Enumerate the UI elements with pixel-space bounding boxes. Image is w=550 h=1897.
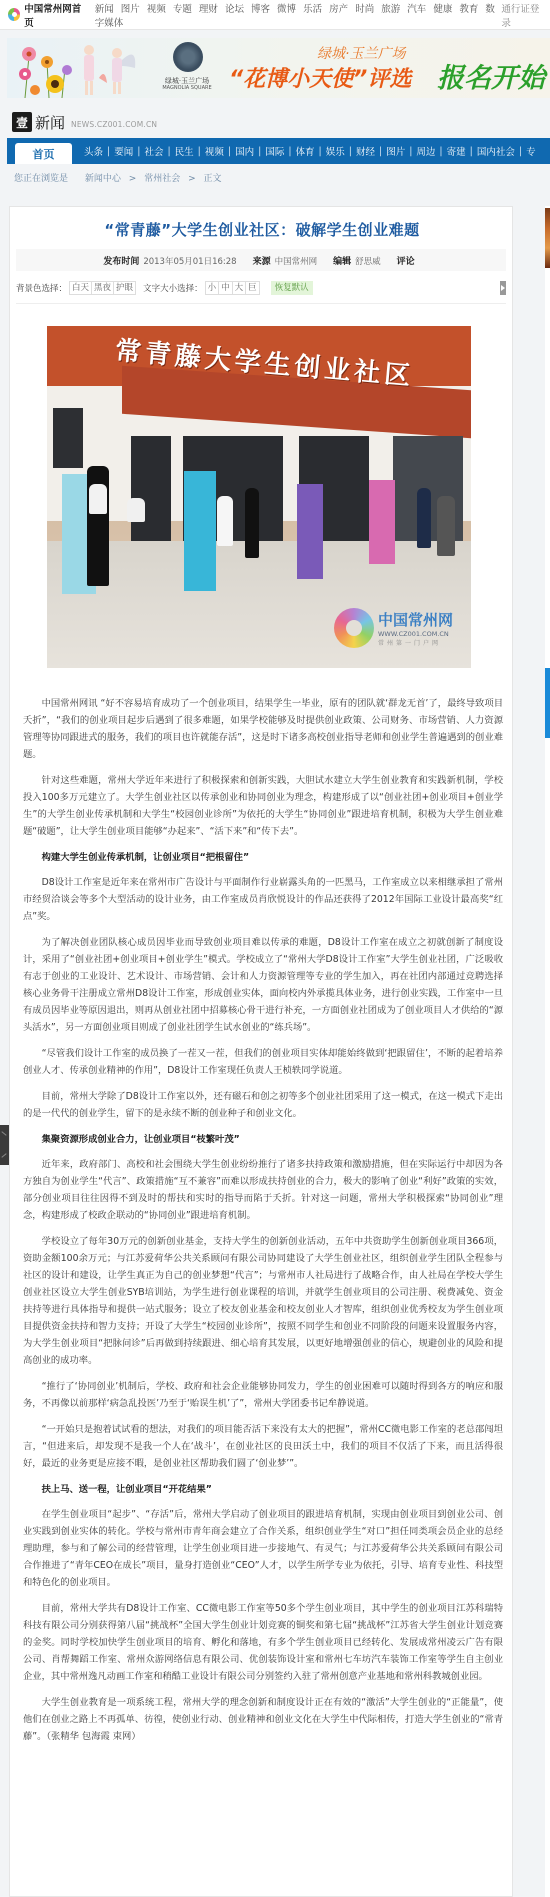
font-medium-button[interactable]: 中	[218, 281, 233, 295]
paragraph: “一开始只是抱着试试看的想法，对我们的项目能否活下来没有太大的把握”，常州CC微…	[23, 1421, 503, 1472]
nav-tab-society[interactable]: 社会	[144, 144, 163, 158]
article-photo: 常青藤大学生创业社区 中国常州网 WWW.CZ001.COM.CN 常州第一门户…	[47, 326, 471, 668]
comment-link[interactable]: 评论	[397, 254, 415, 267]
publish-time-label: 发布时间	[103, 257, 139, 267]
nav-items: 头条| 要闻| 社会| 民生| 视频| 国内| 国际| 体育| 娱乐| 财经| …	[84, 138, 536, 164]
section-heading: 扶上马、送一程，让创业项目“开花结果”	[23, 1481, 503, 1498]
channel-badge: 壹	[12, 112, 32, 132]
paragraph: 在学生创业项目“起步”、“存活”后，常州大学启动了创业项目的跟进培育机制，实现由…	[23, 1506, 503, 1591]
nav-tab-jijian[interactable]: 寄建	[447, 144, 466, 158]
right-sidebar	[545, 206, 550, 1897]
article-body: 中国常州网讯 “好不容易培育成功了一个创业项目，结果学生一毕业，原有的团队就‘群…	[23, 695, 503, 1754]
font-huge-button[interactable]: 巨	[245, 281, 260, 295]
watermark: 中国常州网 WWW.CZ001.COM.CN 常州第一门户网	[334, 608, 453, 648]
paragraph: 为了解决创业团队核心成员因毕业而导致创业项目难以传承的难题，D8设计工作室在成立…	[23, 934, 503, 1036]
top-nav-photos[interactable]: 图片	[121, 4, 140, 15]
ad-brand-en: MAGNOLIA SQUARE	[157, 85, 217, 91]
nav-tab-international[interactable]: 国际	[265, 144, 284, 158]
top-nav-life[interactable]: 乐活	[303, 4, 322, 15]
paragraph: 目前，常州大学共有D8设计工作室、CC微电影工作室等50多个学生创业项目，其中学…	[23, 1600, 503, 1685]
paragraph: D8设计工作室是近年来在常州市广告设计与平面制作行业崭露头角的一匹黑马，工作室成…	[23, 874, 503, 925]
nav-tab-nearby[interactable]: 周边	[416, 144, 435, 158]
bg-color-label: 背景色选择：	[16, 282, 67, 294]
sidebar-blue-block[interactable]	[545, 668, 550, 738]
watermark-name: 中国常州网	[378, 609, 453, 630]
font-large-button[interactable]: 大	[232, 281, 247, 295]
article-meta: 发布时间2013年05月01日16:28 来源中国常州网 编辑舒思威 评论	[16, 249, 506, 271]
brand-emblem-icon	[173, 42, 203, 72]
ad-cta: 报名开始	[437, 56, 545, 95]
top-nav-travel[interactable]: 旅游	[381, 4, 400, 15]
top-nav-realestate[interactable]: 房产	[329, 4, 348, 15]
ad-headline: “花博小天使”评选	[229, 62, 411, 93]
ad-brand-name: 绿城·玉兰广场	[157, 77, 217, 85]
font-small-button[interactable]: 小	[205, 281, 220, 295]
top-nav-news[interactable]: 新闻	[95, 4, 114, 15]
top-nav-finance[interactable]: 理财	[199, 4, 218, 15]
expand-arrow-icon[interactable]	[500, 281, 506, 295]
channel-name[interactable]: 新闻	[35, 112, 65, 133]
channel-url: NEWS.CZ001.COM.CN	[71, 120, 157, 129]
breadcrumb-news-center[interactable]: 新闻中心	[85, 174, 121, 184]
nav-tab-livelihood[interactable]: 民生	[175, 144, 194, 158]
breadcrumb-sep: >	[129, 174, 137, 184]
watermark-tag: 常州第一门户网	[378, 638, 453, 647]
paragraph: “尽管我们设计工作室的成员换了一茬又一茬，但我们的创业项目实体却能始终做到‘把跟…	[23, 1045, 503, 1079]
editor-label: 编辑	[333, 257, 351, 267]
top-nav-education[interactable]: 教育	[459, 4, 478, 15]
source[interactable]: 中国常州网	[275, 257, 318, 267]
paragraph: 针对这些难题，常州大学近年来进行了积极探索和创新实践，大胆试水建立大学生创业教育…	[23, 772, 503, 840]
paragraph: 学校设立了每年30万元的创新创业基金，支持大学生的创新创业活动，五年中共资助学生…	[23, 1233, 503, 1369]
nav-tab-special[interactable]: 专	[526, 144, 536, 158]
top-nav-health[interactable]: 健康	[433, 4, 452, 15]
nav-tab-entertainment[interactable]: 娱乐	[326, 144, 345, 158]
login-link[interactable]: 通行证登录	[501, 1, 546, 29]
top-nav-fashion[interactable]: 时尚	[355, 4, 374, 15]
reset-default-button[interactable]: 恢复默认	[271, 281, 313, 295]
divider	[16, 303, 506, 304]
paragraph: 目前，常州大学除了D8设计工作室以外，还有磁石和创之初等多个创业社团采用了这一模…	[23, 1088, 503, 1122]
paragraph: 近年来，政府部门、高校和社会围绕大学生创业纷纷推行了诸多扶持政策和激励措施，但在…	[23, 1156, 503, 1224]
top-nav-topics[interactable]: 专题	[173, 4, 192, 15]
nav-tab-domestic[interactable]: 国内	[235, 144, 254, 158]
nav-tab-sports[interactable]: 体育	[296, 144, 315, 158]
editor: 舒思威	[355, 257, 381, 267]
floating-side-tab[interactable]	[0, 1125, 9, 1165]
paragraph: 中国常州网讯 “好不容易培育成功了一个创业项目，结果学生一毕业，原有的团队就‘群…	[23, 695, 503, 763]
nav-tab-home[interactable]: 首页	[15, 143, 72, 164]
font-size-label: 文字大小选择：	[143, 282, 203, 294]
paragraph: 大学生创业教育是一项系统工程，常州大学的理念创新和制度设计正在有效的“激活”大学…	[23, 1694, 503, 1745]
top-bar: 中国常州网首页 新闻 图片 视频 专题 理财 论坛 博客 微博 乐活 房产 时尚…	[0, 0, 550, 30]
section-heading: 集聚资源形成创业合力，让创业项目“枝繁叶茂”	[23, 1131, 503, 1148]
site-logo-icon[interactable]	[8, 8, 20, 21]
publish-time: 2013年05月01日16:28	[143, 257, 236, 267]
breadcrumb-prefix: 您正在浏览是	[14, 174, 68, 184]
source-label: 来源	[253, 257, 271, 267]
nav-tab-finance[interactable]: 财经	[356, 144, 375, 158]
paragraph: “推行了‘协同创业’机制后，学校、政府和社会企业能够协同发力，学生的创业困难可以…	[23, 1378, 503, 1412]
nav-tab-headlines[interactable]: 头条	[84, 144, 103, 158]
nav-tab-photos[interactable]: 图片	[386, 144, 405, 158]
breadcrumb-sep: >	[188, 174, 196, 184]
sidebar-thumbnail[interactable]	[545, 208, 550, 268]
bg-night-button[interactable]: 黑夜	[91, 281, 114, 295]
top-nav-forum[interactable]: 论坛	[225, 4, 244, 15]
ad-banner[interactable]: 绿城·玉兰广场 MAGNOLIA SQUARE 绿城·玉兰广场 “花博小天使”评…	[7, 38, 550, 98]
site-home-link[interactable]: 中国常州网首页	[24, 1, 87, 29]
top-nav-video[interactable]: 视频	[147, 4, 166, 15]
flowers-illustration-icon	[7, 38, 167, 98]
article-card: “常青藤”大学生创业社区：破解学生创业难题 发布时间2013年05月01日16:…	[9, 206, 513, 1897]
top-nav-weibo[interactable]: 微博	[277, 4, 296, 15]
section-heading: 构建大学生创业传承机制，让创业项目“把根留住”	[23, 849, 503, 866]
nav-tab-top-news[interactable]: 要闻	[114, 144, 133, 158]
breadcrumb: 您正在浏览是 新闻中心 > 常州社会 > 正文	[14, 171, 227, 184]
reading-tools: 背景色选择： 白天 黑夜 护眼 文字大小选择： 小 中 大 巨 恢复默认	[16, 279, 506, 297]
breadcrumb-current: 正文	[204, 174, 222, 184]
channel-navbar: 首页 头条| 要闻| 社会| 民生| 视频| 国内| 国际| 体育| 娱乐| 财…	[7, 138, 550, 164]
nav-tab-video[interactable]: 视频	[205, 144, 224, 158]
bg-eye-care-button[interactable]: 护眼	[113, 281, 136, 295]
ad-subtitle: 绿城·玉兰广场	[317, 43, 405, 63]
article-title: “常青藤”大学生创业社区：破解学生创业难题	[10, 219, 514, 240]
top-nav-auto[interactable]: 汽车	[407, 4, 426, 15]
breadcrumb-changzhou-society[interactable]: 常州社会	[144, 174, 180, 184]
nav-tab-domestic-society[interactable]: 国内社会	[477, 144, 515, 158]
channel-header: 壹 新闻 NEWS.CZ001.COM.CN	[12, 111, 157, 133]
bg-day-button[interactable]: 白天	[69, 281, 92, 295]
watermark-flower-icon	[334, 608, 374, 648]
watermark-url: WWW.CZ001.COM.CN	[378, 630, 453, 638]
top-nav-blog[interactable]: 博客	[251, 4, 270, 15]
top-nav: 新闻 图片 视频 专题 理财 论坛 博客 微博 乐活 房产 时尚 旅游 汽车 健…	[95, 1, 502, 29]
